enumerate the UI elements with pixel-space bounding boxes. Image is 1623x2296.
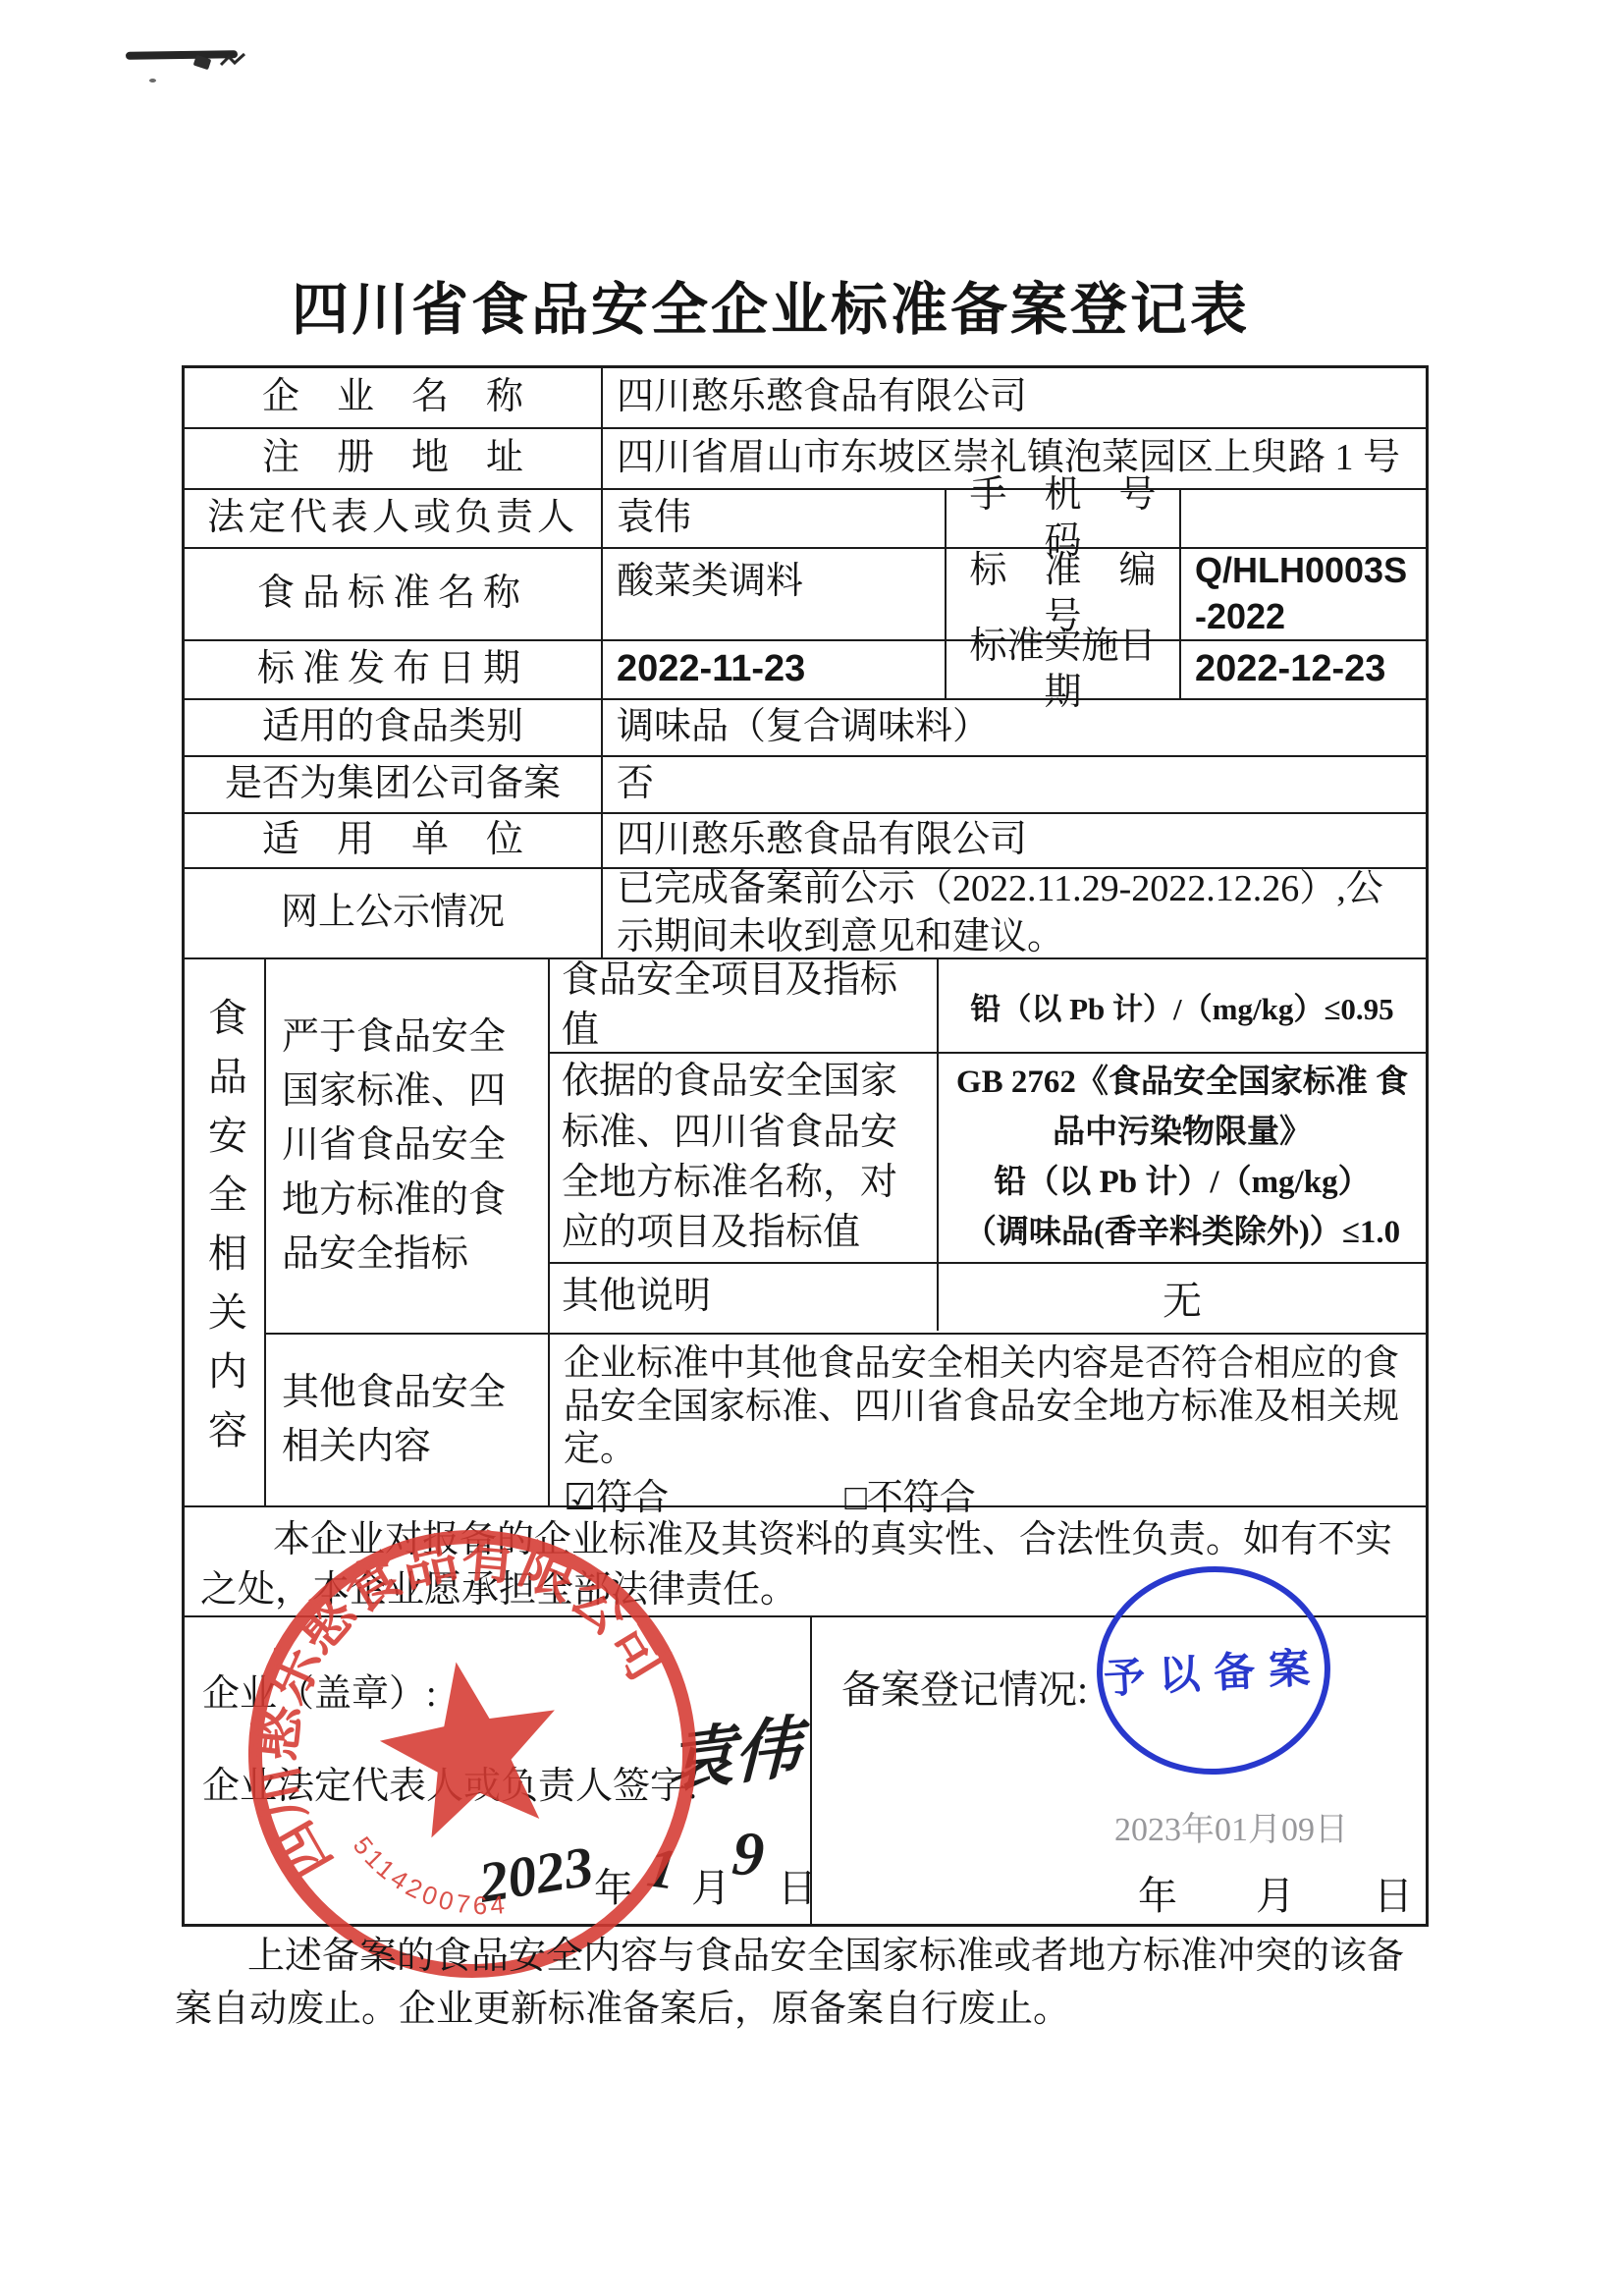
safety-item-value: 铅（以 Pb 计）/（mg/kg）≤0.95 (939, 959, 1426, 1052)
food-safety-main: 严于食品安全国家标准、四川省食品安全地方标准的食品安全指标 食品安全项目及指标值… (266, 959, 1426, 1505)
stricter-indicators-rows: 食品安全项目及指标值 铅（以 Pb 计）/（mg/kg）≤0.95 依据的食品安… (550, 959, 1426, 1333)
food-safety-side-label-cell: 食品安全相关内容 (185, 959, 266, 1505)
company-name-value: 四川憨乐憨食品有限公司 (603, 368, 1426, 427)
approved-stamp-text: 予以备案 (1103, 1635, 1325, 1706)
scanned-document-page: 四川省食品安全企业标准备案登记表 企 业 名 称 四川憨乐憨食品有限公司 注 册… (0, 0, 1623, 2296)
registration-status-label: 备案登记情况: (841, 1659, 1088, 1715)
basis-standard-row: 依据的食品安全国家标准、四川省食品安全地方标准名称，对应的项目及指标值 GB 2… (550, 1054, 1426, 1264)
other-note-row: 其他说明 无 (550, 1264, 1426, 1331)
scan-artifact-squiggle (220, 51, 249, 71)
company-seal-label: 企业（盖章）: (202, 1663, 437, 1717)
scan-artifact-dot (149, 79, 156, 82)
group-filing-label: 是否为集团公司备案 (185, 757, 603, 812)
row-standard-name: 食品标准名称 酸菜类调料 标 准 编 号 Q/HLH0003S-2022 (185, 549, 1426, 641)
signature-row: 企业（盖章）: 企业法定代表人或负责人签字: 袁伟 2023 年 1 月 9 日 (185, 1617, 1426, 1924)
registration-status-cell: 备案登记情况: 予以备案 2023年01月09日 年 月 日 (812, 1617, 1426, 1924)
applicable-unit-value: 四川憨乐憨食品有限公司 (603, 814, 1426, 867)
mobile-value (1181, 490, 1426, 547)
row-applicable-unit: 适 用 单 位 四川憨乐憨食品有限公司 (185, 814, 1426, 869)
standard-name-value: 酸菜类调料 (603, 549, 947, 639)
implement-date-value: 2022-12-23 (1181, 641, 1426, 698)
page-title: 四川省食品安全企业标准备案登记表 (147, 263, 1394, 346)
basis-standard-label: 依据的食品安全国家标准、四川省食品安全地方标准名称，对应的项目及指标值 (550, 1054, 939, 1262)
category-value: 调味品（复合调味料） (603, 700, 1426, 755)
online-publicity-label: 网上公示情况 (185, 869, 603, 957)
standard-name-label: 食品标准名称 (185, 549, 603, 639)
handwritten-year: 2023 (474, 1832, 597, 1915)
checkbox-not-comply: □不符合 (844, 1478, 975, 1518)
checkbox-comply-checked: ☑符合 (564, 1478, 669, 1518)
legal-rep-label: 法定代表人或负责人 (185, 490, 603, 547)
online-publicity-value: 已完成备案前公示（2022.11.29-2022.12.26）,公示期间未收到意… (603, 869, 1426, 957)
other-note-label: 其他说明 (550, 1264, 939, 1331)
publish-date-label: 标准发布日期 (185, 641, 603, 698)
rep-sign-label: 企业法定代表人或负责人签字: (202, 1755, 698, 1809)
group-filing-value: 否 (603, 757, 1426, 812)
printed-year-char: 年 (594, 1857, 633, 1913)
footer-note: 上述备案的食品安全内容与食品安全国家标准或者地方标准冲突的该备案自动废止。企业更… (175, 1931, 1414, 2037)
safety-item-label: 食品安全项目及指标值 (550, 959, 939, 1052)
handwritten-month: 1 (643, 1833, 680, 1902)
row-group-filing: 是否为集团公司备案 否 (185, 757, 1426, 814)
category-label: 适用的食品类别 (185, 700, 603, 755)
applicable-unit-label: 适 用 单 位 (185, 814, 603, 867)
printed-month-char: 月 (691, 1857, 730, 1913)
other-safety-statement: 企业标准中其他食品安全相关内容是否符合相应的食品安全国家标准、四川省食品安全地方… (564, 1342, 1412, 1471)
company-name-label: 企 业 名 称 (185, 368, 603, 427)
registration-ymd-placeholder: 年 月 日 (1138, 1865, 1413, 1921)
safety-item-row: 食品安全项目及指标值 铅（以 Pb 计）/（mg/kg）≤0.95 (550, 959, 1426, 1054)
row-online-publicity: 网上公示情况 已完成备案前公示（2022.11.29-2022.12.26）,公… (185, 869, 1426, 959)
standard-no-value: Q/HLH0003S-2022 (1181, 549, 1426, 639)
other-safety-label: 其他食品安全相关内容 (266, 1335, 550, 1505)
food-safety-side-label: 食品安全相关内容 (205, 997, 244, 1468)
row-legal-rep: 法定代表人或负责人 袁伟 手 机 号 码 (185, 490, 1426, 549)
row-address: 注 册 地 址 四川省眉山市东坡区崇礼镇泡菜园区上臾路 1 号 (185, 429, 1426, 490)
registration-stamp-date: 2023年01月09日 (1114, 1802, 1348, 1850)
other-note-value: 无 (939, 1264, 1426, 1331)
other-safety-group: 其他食品安全相关内容 企业标准中其他食品安全相关内容是否符合相应的食品安全国家标… (266, 1335, 1426, 1505)
handwritten-day: 9 (730, 1817, 766, 1891)
other-safety-content: 企业标准中其他食品安全相关内容是否符合相应的食品安全国家标准、四川省食品安全地方… (550, 1335, 1426, 1505)
legal-rep-value: 袁伟 (603, 490, 947, 547)
stricter-indicators-label: 严于食品安全国家标准、四川省食品安全地方标准的食品安全指标 (266, 959, 550, 1333)
handwritten-signature: 袁伟 (668, 1693, 802, 1806)
stricter-indicators-group: 严于食品安全国家标准、四川省食品安全地方标准的食品安全指标 食品安全项目及指标值… (266, 959, 1426, 1335)
publish-date-value: 2022-11-23 (603, 641, 947, 698)
address-label: 注 册 地 址 (185, 429, 603, 488)
compliance-checkline: ☑符合 □不符合 (564, 1477, 1412, 1520)
food-safety-section: 食品安全相关内容 严于食品安全国家标准、四川省食品安全地方标准的食品安全指标 食… (185, 959, 1426, 1507)
company-signature-cell: 企业（盖章）: 企业法定代表人或负责人签字: 袁伟 2023 年 1 月 9 日 (185, 1617, 812, 1924)
implement-date-label: 标准实施日期 (947, 641, 1181, 698)
row-category: 适用的食品类别 调味品（复合调味料） (185, 700, 1426, 757)
row-dates: 标准发布日期 2022-11-23 标准实施日期 2022-12-23 (185, 641, 1426, 700)
mobile-label: 手 机 号 码 (947, 490, 1181, 547)
basis-standard-value: GB 2762《食品安全国家标准 食品中污染物限量》 铅（以 Pb 计）/（mg… (939, 1054, 1426, 1262)
row-company-name: 企 业 名 称 四川憨乐憨食品有限公司 (185, 368, 1426, 429)
registration-form-table: 企 业 名 称 四川憨乐憨食品有限公司 注 册 地 址 四川省眉山市东坡区崇礼镇… (182, 365, 1429, 1927)
printed-day-char: 日 (778, 1857, 817, 1913)
